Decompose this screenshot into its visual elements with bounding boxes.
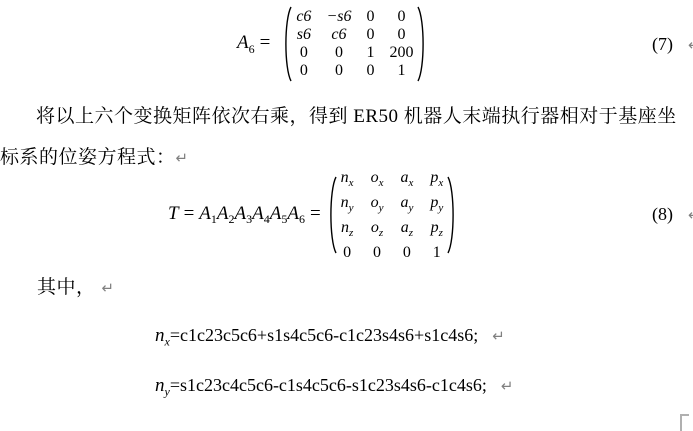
formula-variable: n <box>155 375 165 396</box>
formula-variable: n <box>155 325 165 346</box>
equation-8: T=A1A2A3A4A5A6= nx ox ax px ny oy ay py … <box>168 174 458 256</box>
wherein-text: 其中， <box>37 277 96 298</box>
paragraph-return-mark: ↵ <box>501 377 514 395</box>
document-page[interactable]: { "colors": {"text": "#000000", "return_… <box>0 0 693 431</box>
matrix-cell: pz <box>430 218 443 243</box>
paragraph-line-2: 标系的位姿方程式：↵ <box>0 146 189 170</box>
matrix-cell: 200 <box>389 44 413 62</box>
paragraph-line-2-text: 标系的位姿方程式： <box>0 147 176 168</box>
paragraph-return-mark: ↵ <box>492 327 505 345</box>
matrix-cell: nx <box>341 168 354 193</box>
matrix-cell: ay <box>400 193 413 218</box>
equation-8-number: (8) <box>652 204 673 225</box>
open-paren <box>326 175 338 255</box>
paragraph-return-mark: ↵ <box>688 36 693 54</box>
matrix-cell: c6 <box>296 8 311 26</box>
matrix-cell: oy <box>371 193 384 218</box>
matrix-cell: c6 <box>326 26 351 44</box>
matrix-cell: nz <box>341 218 354 243</box>
equation-7: A6= c6 −s6 0 0 s6 c6 0 0 0 0 1 200 0 0 0… <box>237 4 428 84</box>
matrix-cell: 0 <box>296 44 311 62</box>
paragraph-return-mark: ↵ <box>102 279 115 297</box>
table-corner-mark <box>680 414 689 431</box>
close-paren <box>416 5 428 83</box>
matrix-cell: 0 <box>371 243 384 262</box>
wherein-line: 其中，↵ <box>37 276 115 300</box>
matrix-cell: az <box>400 218 413 243</box>
equation-7-number: (7) <box>652 34 673 55</box>
matrix-cell: 1 <box>366 44 374 62</box>
paragraph-line-1: 将以上六个变换矩阵依次右乘，得到 ER50 机器人末端执行器相对于基座坐 <box>0 105 693 129</box>
paragraph-return-mark: ↵ <box>176 149 189 167</box>
paragraph-return-mark: ↵ <box>688 206 693 224</box>
matrix-t: nx ox ax px ny oy ay py nz oz az pz 0 0 … <box>341 168 444 263</box>
matrix-cell: 0 <box>326 44 351 62</box>
matrix-cell: 0 <box>366 26 374 44</box>
matrix-cell: 0 <box>341 243 354 262</box>
equation-7-lhs: A6= <box>237 32 275 57</box>
matrix-a6: c6 −s6 0 0 s6 c6 0 0 0 0 1 200 0 0 0 1 <box>296 8 413 80</box>
matrix-cell: px <box>430 168 443 193</box>
close-paren <box>446 175 458 255</box>
matrix-cell: −s6 <box>326 8 351 26</box>
matrix-cell: 0 <box>389 26 413 44</box>
matrix-cell: 1 <box>389 62 413 80</box>
matrix-cell: 1 <box>430 243 443 262</box>
matrix-cell: 0 <box>366 62 374 80</box>
matrix-cell: 0 <box>389 8 413 26</box>
formula-nx: nx=c1c23c5c6+s1s4c5c6-c1c23s4s6+s1c4s6;↵ <box>155 325 505 350</box>
matrix-cell: ax <box>400 168 413 193</box>
matrix-cell: py <box>430 193 443 218</box>
matrix-cell: ox <box>371 168 384 193</box>
matrix-cell: ny <box>341 193 354 218</box>
formula-body: =s1c23c4c5c6-c1s4c5c6-s1c23s4s6-c1c4s6; <box>170 375 487 395</box>
matrix-cell: 0 <box>326 62 351 80</box>
formula-body: =c1c23c5c6+s1s4c5c6-c1c23s4s6+s1c4s6; <box>170 325 478 345</box>
equation-8-lhs: T=A1A2A3A4A5A6= <box>168 203 326 227</box>
matrix-cell: 0 <box>400 243 413 262</box>
matrix-cell: 0 <box>366 8 374 26</box>
matrix-cell: 0 <box>296 62 311 80</box>
open-paren <box>281 5 293 83</box>
matrix-cell: oz <box>371 218 384 243</box>
matrix-cell: s6 <box>296 26 311 44</box>
formula-ny: ny=s1c23c4c5c6-c1s4c5c6-s1c23s4s6-c1c4s6… <box>155 375 513 400</box>
